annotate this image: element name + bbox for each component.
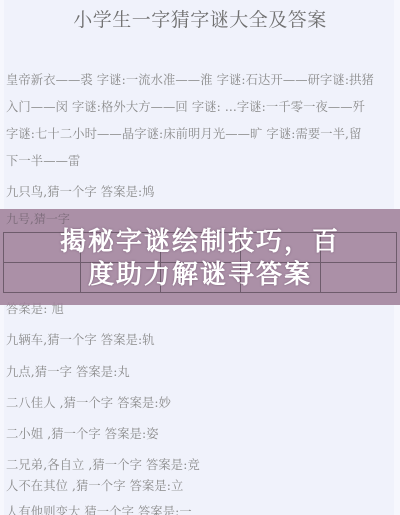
- overlay-caption: 九号,猜一字: [6, 210, 70, 227]
- riddle-line: 皇帝新衣——裘 字谜:一流水准——淮 字谜:石达开——研字谜:拱猪: [6, 70, 374, 88]
- riddle-line: 下一半——雷: [6, 151, 80, 169]
- headline-line-2: 度助力解谜寻答案: [0, 259, 400, 292]
- headline-overlay: 九号,猜一字 揭秘字谜绘制技巧，百 度助力解谜寻答案: [0, 209, 400, 305]
- riddle-line: 字谜:七十二小时——晶字谜:床前明月光——旷 字谜:需要一半,留: [6, 124, 361, 142]
- riddle-line: 二八佳人 ,猜一个字 答案是:妙: [6, 393, 171, 411]
- document-title: 小学生一字猜字谜大全及答案: [0, 5, 400, 32]
- riddle-line: 二兄弟,各自立 ,猜一个字 答案是:竞: [6, 455, 200, 473]
- riddle-line: 九点,猜一字 答案是:丸: [6, 362, 130, 380]
- riddle-line: 九辆车,猜一个字 答案是:轨: [6, 330, 155, 348]
- riddle-line: 人不在其位 ,猜一个字 答案是:立: [6, 476, 183, 494]
- riddle-line: 二小姐 ,猜一个字 答案是:姿: [6, 424, 159, 442]
- riddle-line: 人有他则变大 猜一个字 答案是:一: [6, 502, 192, 515]
- overlay-headline: 揭秘字谜绘制技巧，百 度助力解谜寻答案: [0, 226, 400, 292]
- riddle-line: 入门——闵 字谜:格外大方——回 字谜: ...字谜:一千零一夜——歼: [6, 97, 365, 115]
- riddle-line: 九只鸟,猜一个字 答案是:鸠: [6, 182, 155, 200]
- table-grid-line: [3, 292, 397, 293]
- headline-line-1: 揭秘字谜绘制技巧，百: [0, 226, 400, 259]
